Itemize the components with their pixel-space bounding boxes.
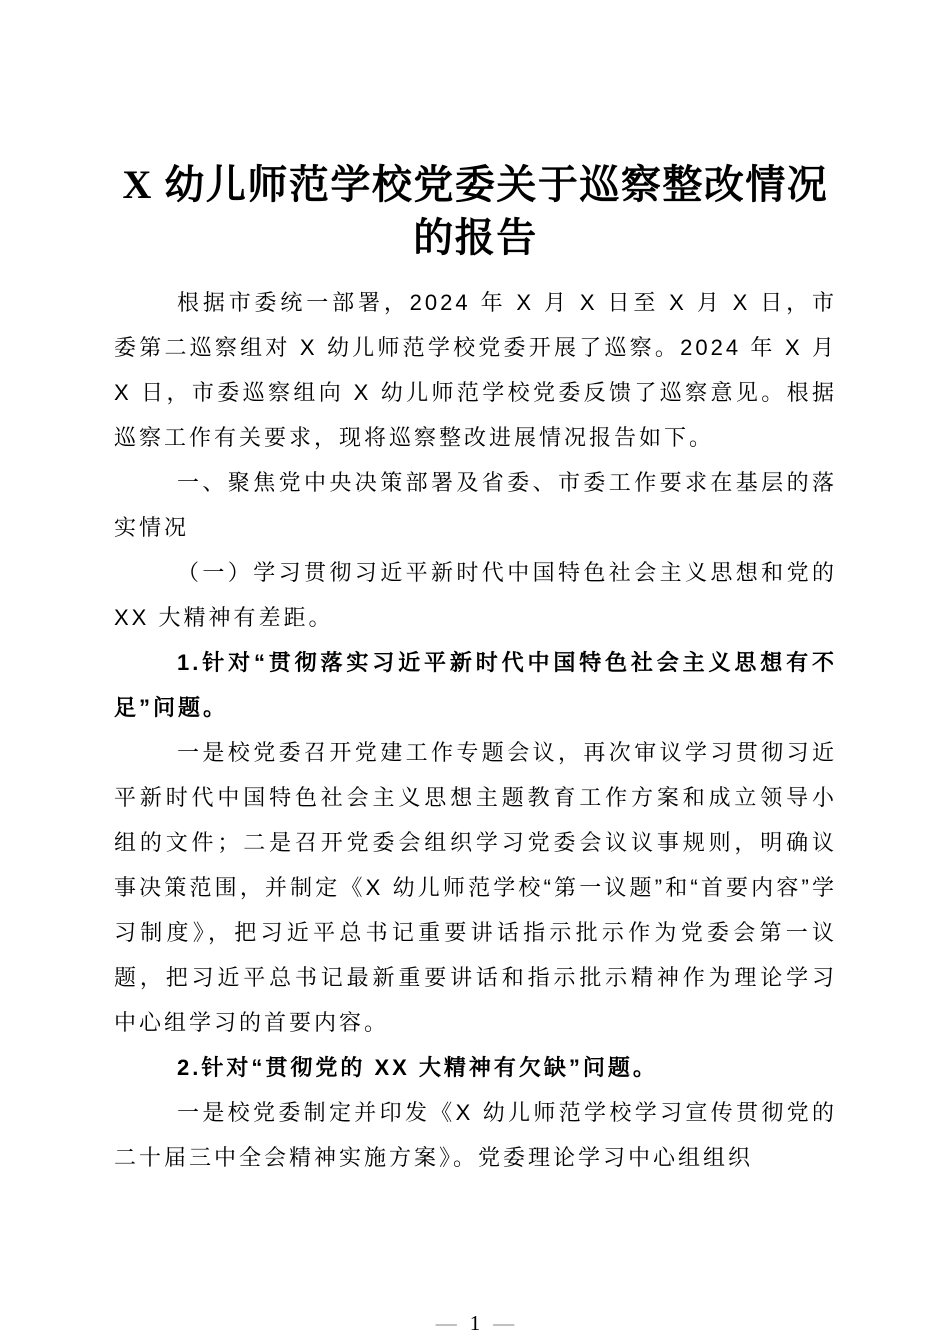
paragraph-4: 1.针对“贯彻落实习近平新时代中国特色社会主义思想有不足”问题。	[114, 640, 837, 730]
footer-right-dash: —	[480, 1311, 527, 1335]
document-body: X 幼儿师范学校党委关于巡察整改情况的报告 根据市委统一部署，2024 年 X …	[114, 158, 837, 1180]
paragraph-1: 根据市委统一部署，2024 年 X 月 X 日至 X 月 X 日，市委第二巡察组…	[114, 280, 837, 460]
paragraph-list: 根据市委统一部署，2024 年 X 月 X 日至 X 月 X 日，市委第二巡察组…	[114, 280, 837, 1180]
page-number: 1	[470, 1311, 481, 1335]
paragraph-3: （一）学习贯彻习近平新时代中国特色社会主义思想和党的 XX 大精神有差距。	[114, 550, 837, 640]
footer-left-dash: —	[423, 1311, 470, 1335]
document-page: X 幼儿师范学校党委关于巡察整改情况的报告 根据市委统一部署，2024 年 X …	[0, 0, 950, 1344]
paragraph-5: 一是校党委召开党建工作专题会议，再次审议学习贯彻习近平新时代中国特色社会主义思想…	[114, 730, 837, 1045]
document-title-line1: X 幼儿师范学校党委关于巡察整改情况	[123, 162, 829, 207]
paragraph-6: 2.针对“贯彻党的 XX 大精神有欠缺”问题。	[114, 1045, 837, 1090]
document-title-line2: 的报告	[413, 215, 538, 260]
document-title: X 幼儿师范学校党委关于巡察整改情况的报告	[114, 158, 837, 264]
page-footer: —1—	[0, 1310, 950, 1336]
paragraph-7: 一是校党委制定并印发《X 幼儿师范学校学习宣传贯彻党的二十届三中全会精神实施方案…	[114, 1090, 837, 1180]
paragraph-2: 一、聚焦党中央决策部署及省委、市委工作要求在基层的落实情况	[114, 460, 837, 550]
